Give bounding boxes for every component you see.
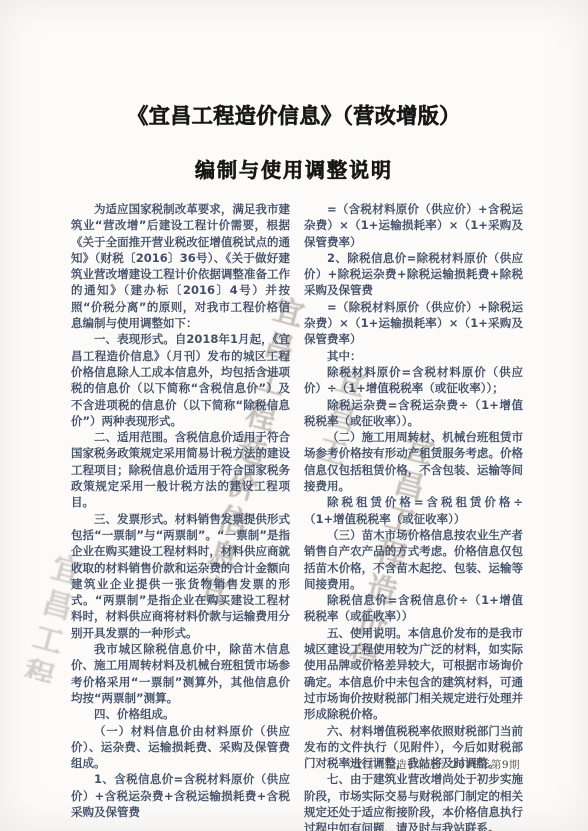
paragraph: 三、发票形式。材料销售发票提供形式包括“一票制”与“两票制”。“一票制”是指企业… bbox=[71, 511, 290, 641]
page-footer: 《宜昌工程造价信息》2019年第9期 bbox=[341, 757, 520, 772]
paragraph: 一、表现形式。自2018年1月起，《宜昌工程造价信息》（月刊）发布的城区工程价格… bbox=[71, 331, 290, 429]
paragraph: 五、使用说明。本信息价发布的是我市城区建设工程使用较为广泛的材料，如实际使用品牌… bbox=[304, 625, 523, 723]
paragraph: 除税租赁价格=含税租赁价格÷（1+增值税税率（或征收率）） bbox=[304, 494, 523, 527]
paragraph: 除税材料原价=含税材料原价（供应价）÷（1+增值税税率（或征收率））； bbox=[304, 364, 523, 397]
paragraph: 除税信息价=含税信息价÷（1+增值税税率（或征收率）） bbox=[304, 592, 523, 625]
paragraph: =（含税材料原价（供应价）+含税运杂费）×（1+运输损耗率）×（1+采购及保管费… bbox=[304, 201, 523, 250]
paragraph: 我市城区除税信息价中，除苗木信息价、施工用周转材料及机械台班租赁市场参考价格采用… bbox=[71, 641, 290, 706]
paragraph: （一）材料信息价由材料原价（供应价）、运杂费、运输损耗费、采购及保管费组成。 bbox=[71, 723, 290, 772]
paragraph: 为适应国家税制改革要求，满足我市建筑业“营改增”后建设工程计价需要，根据《关于全… bbox=[71, 201, 290, 331]
document-title-line1: 《宜昌工程造价信息》（营改增版） bbox=[0, 100, 588, 130]
paragraph: 除税运杂费=含税运杂费÷（1+增值税税率（或征收率））。 bbox=[304, 397, 523, 430]
paragraph: =（除税材料原价（供应价）+除税运杂费）×（1+运输损耗率）×（1+采购及保管费… bbox=[304, 299, 523, 348]
paragraph: 二、适用范围。含税信息价适用于符合国家税务政策规定采用简易计税方法的建设工程项目… bbox=[71, 429, 290, 510]
document-title-line2: 编制与使用调整说明 bbox=[0, 154, 588, 183]
paragraph: 七、由于建筑业营改增尚处于初步实施阶段，市场实际交易与财税部门制定的相关规定还处… bbox=[304, 771, 523, 831]
two-column-body: 为适应国家税制改革要求，满足我市建筑业“营改增”后建设工程计价需要，根据《关于全… bbox=[71, 201, 523, 831]
paragraph: 2、除税信息价=除税材料原价（供应价）+除税运杂费+除税运输损耗费+除税采购及保… bbox=[304, 250, 523, 299]
paragraph: 四、价格组成。 bbox=[71, 706, 290, 722]
left-column: 为适应国家税制改革要求，满足我市建筑业“营改增”后建设工程计价需要，根据《关于全… bbox=[71, 201, 290, 831]
paragraph: （三）苗木市场价格信息按农业生产者销售自产农产品的方式考虑。价格信息仅包括苗木价… bbox=[304, 527, 523, 592]
paragraph: 1、含税信息价=含税材料原价（供应价）+含税运杂费+含税运输损耗费+含税采购及保… bbox=[71, 771, 290, 820]
right-column: =（含税材料原价（供应价）+含税运杂费）×（1+运输损耗率）×（1+采购及保管费… bbox=[304, 201, 523, 831]
paragraph: （二）施工用周转材、机械台班租赁市场参考价格按有形动产租赁服务考虑。价格信息仅包… bbox=[304, 429, 523, 494]
document-page: 宜昌工程造价信息宜昌工程造价信息 宜昌工程造价信息宜昌工程造价信息 宜昌工程造价… bbox=[0, 0, 588, 831]
paragraph: 其中： bbox=[304, 348, 523, 364]
